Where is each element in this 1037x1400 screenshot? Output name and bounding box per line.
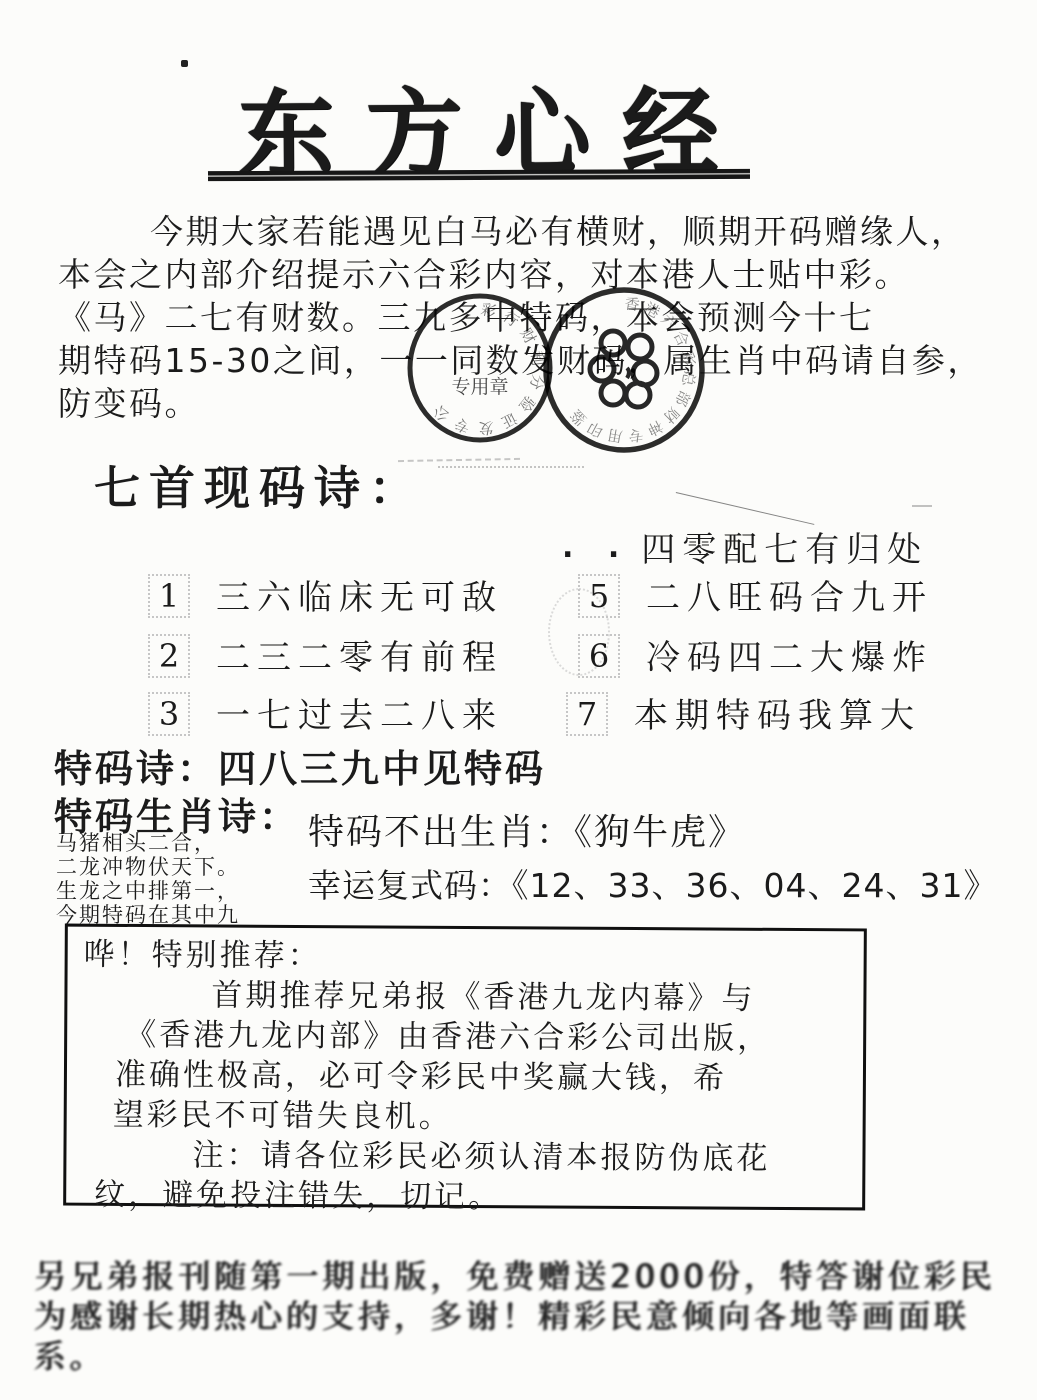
verse-row: 7本期特码我算大 xyxy=(566,688,921,737)
verse-row: 6冷码四二大爆炸 xyxy=(578,630,933,679)
recommendation-line: 纹，避免投注错失，切记。 xyxy=(82,1175,846,1220)
scanned-lottery-leaflet: 东方心经 今期大家若能遇见白马必有横财，顺期开码赠缘人， 本会之内部介绍提示六合… xyxy=(0,0,1037,1400)
stamp-circle-icon: 香港六合彩总部财神专用印鉴 xyxy=(541,286,707,454)
verse-row: 5二八旺码合九开 xyxy=(578,570,933,619)
small-verse-line: 马猪相头二合， xyxy=(56,831,240,855)
recommendation-line: 注：请各位彩民必须认清本报防伪底花 xyxy=(82,1135,846,1180)
ring-cluster-icon xyxy=(590,331,657,407)
stamp-center-label: 专用章 xyxy=(451,376,508,398)
special-recommendation-box: 哗！特别推荐： 首期推荐兄弟报《香港九龙内幕》与 《香港九龙内部》由香港六合彩公… xyxy=(63,924,867,1211)
shengxiao-small-verse: 马猪相头二合， 二龙冲物伏天下。 生龙之中排第一， 今期特码在其中九 xyxy=(56,831,240,927)
verse-number: 2 xyxy=(148,634,190,678)
tema-poem-line: 特码诗：四八三九中见特码 xyxy=(54,738,546,793)
scan-artifact-dashes xyxy=(438,466,584,468)
recommendation-line: 望彩民不可错失良机。 xyxy=(83,1095,847,1140)
verse-row: 2二三二零有前程 xyxy=(148,630,503,679)
intro-line: 本会之内部介绍提示六合彩内容，对本港人士贴中彩。 xyxy=(58,253,1010,296)
recommendation-line: 首期推荐兄弟报《香港九龙内幕》与 xyxy=(83,975,847,1020)
not-out-zodiac-line: 特码不出生肖：《狗牛虎》 xyxy=(308,804,746,855)
verse-text: 一七过去二八来 xyxy=(216,696,503,736)
recommendation-heading: 哗！特别推荐： xyxy=(84,935,848,980)
poem-heading: 七首现码诗： xyxy=(94,452,424,518)
recommendation-line: 准确性极高，必可令彩民中奖赢大钱，希 xyxy=(83,1055,847,1100)
verse-text: 二三二零有前程 xyxy=(216,638,503,678)
lucky-numbers-line: 幸运复式码：《12、33、36、04、24、31》 xyxy=(308,860,997,907)
stamp-circle-icon: 彩行财利分验证发专公 专用章 xyxy=(405,291,555,445)
scan-speck xyxy=(181,60,188,67)
verse-number: 3 xyxy=(148,692,190,736)
scan-artifact-line xyxy=(676,492,815,525)
stamp-mark xyxy=(627,368,629,378)
verse-text: 二八旺码合九开 xyxy=(646,578,933,618)
verse-row: 1三六临床无可敌 xyxy=(148,570,503,619)
footer-line: 另兄弟报刊随第一期出版，免费赠送2000份，特答谢位彩民 xyxy=(34,1256,1022,1296)
verse-row: 3一七过去二八来 xyxy=(148,688,503,737)
verse-text: 冷码四二大爆炸 xyxy=(646,638,933,678)
verse-text: 四零配七有归处 xyxy=(641,530,928,570)
verse-number: 6 xyxy=(578,634,620,678)
verse-number: 1 xyxy=(148,574,190,618)
footer-blurred-text: 另兄弟报刊随第一期出版，免费赠送2000份，特答谢位彩民 为感谢长期热心的支持，… xyxy=(33,1256,1022,1376)
verse-dots-prefix: . . xyxy=(562,530,631,565)
verse-text: 本期特码我算大 xyxy=(634,696,921,736)
footer-line: 为感谢长期热心的支持，多谢！精彩民意倾向各地等画面联系。 xyxy=(33,1296,1022,1376)
verse-number: 7 xyxy=(566,692,608,736)
verse-number: 5 xyxy=(578,574,620,618)
scan-artifact-dash xyxy=(912,505,932,507)
small-verse-line: 二龙冲物伏天下。 xyxy=(56,855,240,879)
round-stamp-left: 彩行财利分验证发专公 专用章 xyxy=(405,291,555,449)
small-verse-line: 生龙之中排第一， xyxy=(56,879,240,903)
round-stamp-right: 香港六合彩总部财神专用印鉴 xyxy=(541,286,707,458)
intro-line: 今期大家若能遇见白马必有横财，顺期开码赠缘人， xyxy=(58,210,1010,253)
verse-row: . .四零配七有归处 xyxy=(562,522,928,571)
recommendation-line: 《香港九龙内部》由香港六合彩公司出版， xyxy=(83,1015,847,1060)
verse-text: 三六临床无可敌 xyxy=(216,578,503,618)
